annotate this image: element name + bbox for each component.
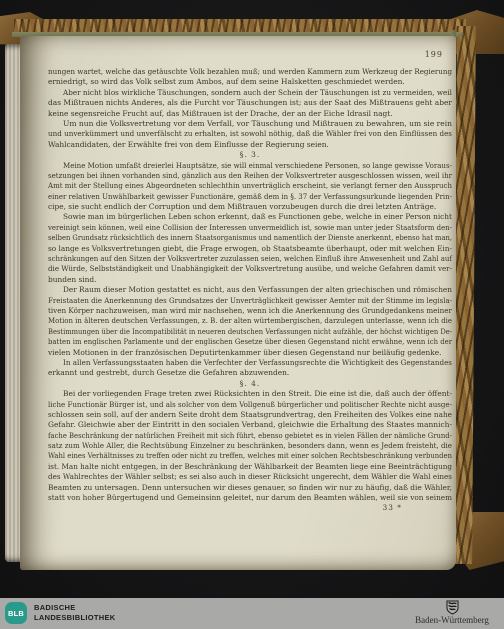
text-line: nungen wartet, welche das getäuschte Vol… bbox=[48, 67, 452, 77]
text-line: Amt mit der Stellung eines Abgeordneten … bbox=[48, 181, 452, 191]
text-line: Motion in älteren deutschen Verfassungen… bbox=[48, 316, 452, 326]
section-heading: §. 3. bbox=[48, 150, 452, 160]
signature-mark: 33 * bbox=[48, 503, 452, 513]
book-marbled-edge-right bbox=[453, 26, 476, 564]
section-heading: §. 4. bbox=[48, 379, 452, 389]
text-line: und unverkümmert und unverfälscht zu erh… bbox=[48, 129, 452, 139]
text-line: erniedrigt, so wird das Volk selbst zum … bbox=[48, 77, 452, 87]
text-line: ist. Man halte nicht entgegen, in der Be… bbox=[48, 462, 452, 472]
text-line: In allen Verfassungsstaaten haben die Ve… bbox=[48, 358, 452, 368]
page-number: 199 bbox=[48, 50, 452, 59]
text-line: Sowie man im bürgerlichen Leben schon er… bbox=[48, 212, 452, 222]
text-line: setzungen bei ihnen vorhanden sind, gänz… bbox=[48, 171, 452, 181]
library-name-line2: LANDESBIBLIOTHEK bbox=[34, 613, 115, 623]
text-line: erkannt und gestrebt, durch Gesetze die … bbox=[48, 368, 452, 378]
text-line: tiven Körper nachzuweisen, man wird mir … bbox=[48, 306, 452, 316]
text-line: Freistaaten die Anerkennung des Grundsat… bbox=[48, 296, 452, 306]
blb-logo-label: BLB bbox=[8, 609, 24, 618]
page-text: nungen wartet, welche das getäuschte Vol… bbox=[48, 67, 452, 514]
digitized-book-viewer: 199 nungen wartet, welche das getäuschte… bbox=[0, 0, 504, 629]
text-line: Aber nicht blos wirkliche Täuschungen, s… bbox=[48, 88, 452, 98]
text-line: Der Raum dieser Motion gestattet es nich… bbox=[48, 285, 452, 295]
text-line: die Würde, Selbstständigkeit und Unabhän… bbox=[48, 264, 452, 274]
blb-logo[interactable]: BLB bbox=[5, 602, 27, 624]
library-name: BADISCHE LANDESBIBLIOTHEK bbox=[34, 603, 115, 622]
text-line: satz zum Wohle Aller, die Rechtsübung Ei… bbox=[48, 441, 452, 451]
text-line: keine segensreiche Frucht auf, das Mißtr… bbox=[48, 109, 452, 119]
text-line: liche Functionär Bürger ist, und als sol… bbox=[48, 400, 452, 410]
coat-of-arms-icon bbox=[446, 600, 459, 615]
text-line: Beamten zu untersagen. Denn untersuchen … bbox=[48, 483, 452, 493]
text-line: Meine Motion umfaßt dreierlei Hauptsätze… bbox=[48, 161, 452, 171]
text-line: Wahl eines Verhältnisses zu treffen oder… bbox=[48, 451, 452, 461]
viewer-footer-bar: BLB BADISCHE LANDESBIBLIOTHEK Baden-Würt… bbox=[0, 598, 504, 629]
text-line: Bestimmungen über die Incompatibilität i… bbox=[48, 327, 452, 337]
text-line: das Mißtrauen nichts Anderes, als die Fu… bbox=[48, 98, 452, 108]
text-line: batten im englischen Parlamente und der … bbox=[48, 337, 452, 347]
text-line: Bei der vorliegenden Frage treten zwei R… bbox=[48, 389, 452, 399]
text-line: des Wahlrechtes der Wähler selbst; es se… bbox=[48, 472, 452, 482]
text-line: statt von hoher Bürgertugend und Gemeins… bbox=[48, 493, 452, 503]
text-line: fache Beschränkung der natürlichen Freih… bbox=[48, 431, 452, 441]
text-line: einer relativen Unwählbarkeit gewisser F… bbox=[48, 192, 452, 202]
text-line: Wahlcandidaten, der Erwählte frei von de… bbox=[48, 140, 452, 150]
text-line: vielen Motionen in der französischen Dep… bbox=[48, 348, 452, 358]
text-line: selben Grundsatz rücksichtlich des inner… bbox=[48, 233, 452, 243]
text-line: cipe, sie sucht endlich der Corruption u… bbox=[48, 202, 452, 212]
text-line: so lange es Volksvertretungen giebt, die… bbox=[48, 244, 452, 254]
library-name-line1: BADISCHE bbox=[34, 603, 115, 613]
text-line: Um nun die Volksvertretung vor dem Verfa… bbox=[48, 119, 452, 129]
text-line: bunden sind. bbox=[48, 275, 452, 285]
state-emblem: Baden-Württemberg bbox=[404, 599, 500, 628]
state-label: Baden-Württemberg bbox=[415, 615, 489, 625]
text-line: Gefahr. Gleichwie aber der Eintritt in d… bbox=[48, 420, 452, 430]
text-line: schlossen sein soll, auf der andern Seit… bbox=[48, 410, 452, 420]
text-line: schränkungen auf den Sitzen der Volksver… bbox=[48, 254, 452, 264]
text-line: vereinigt sein können, weil eine Collisi… bbox=[48, 223, 452, 233]
